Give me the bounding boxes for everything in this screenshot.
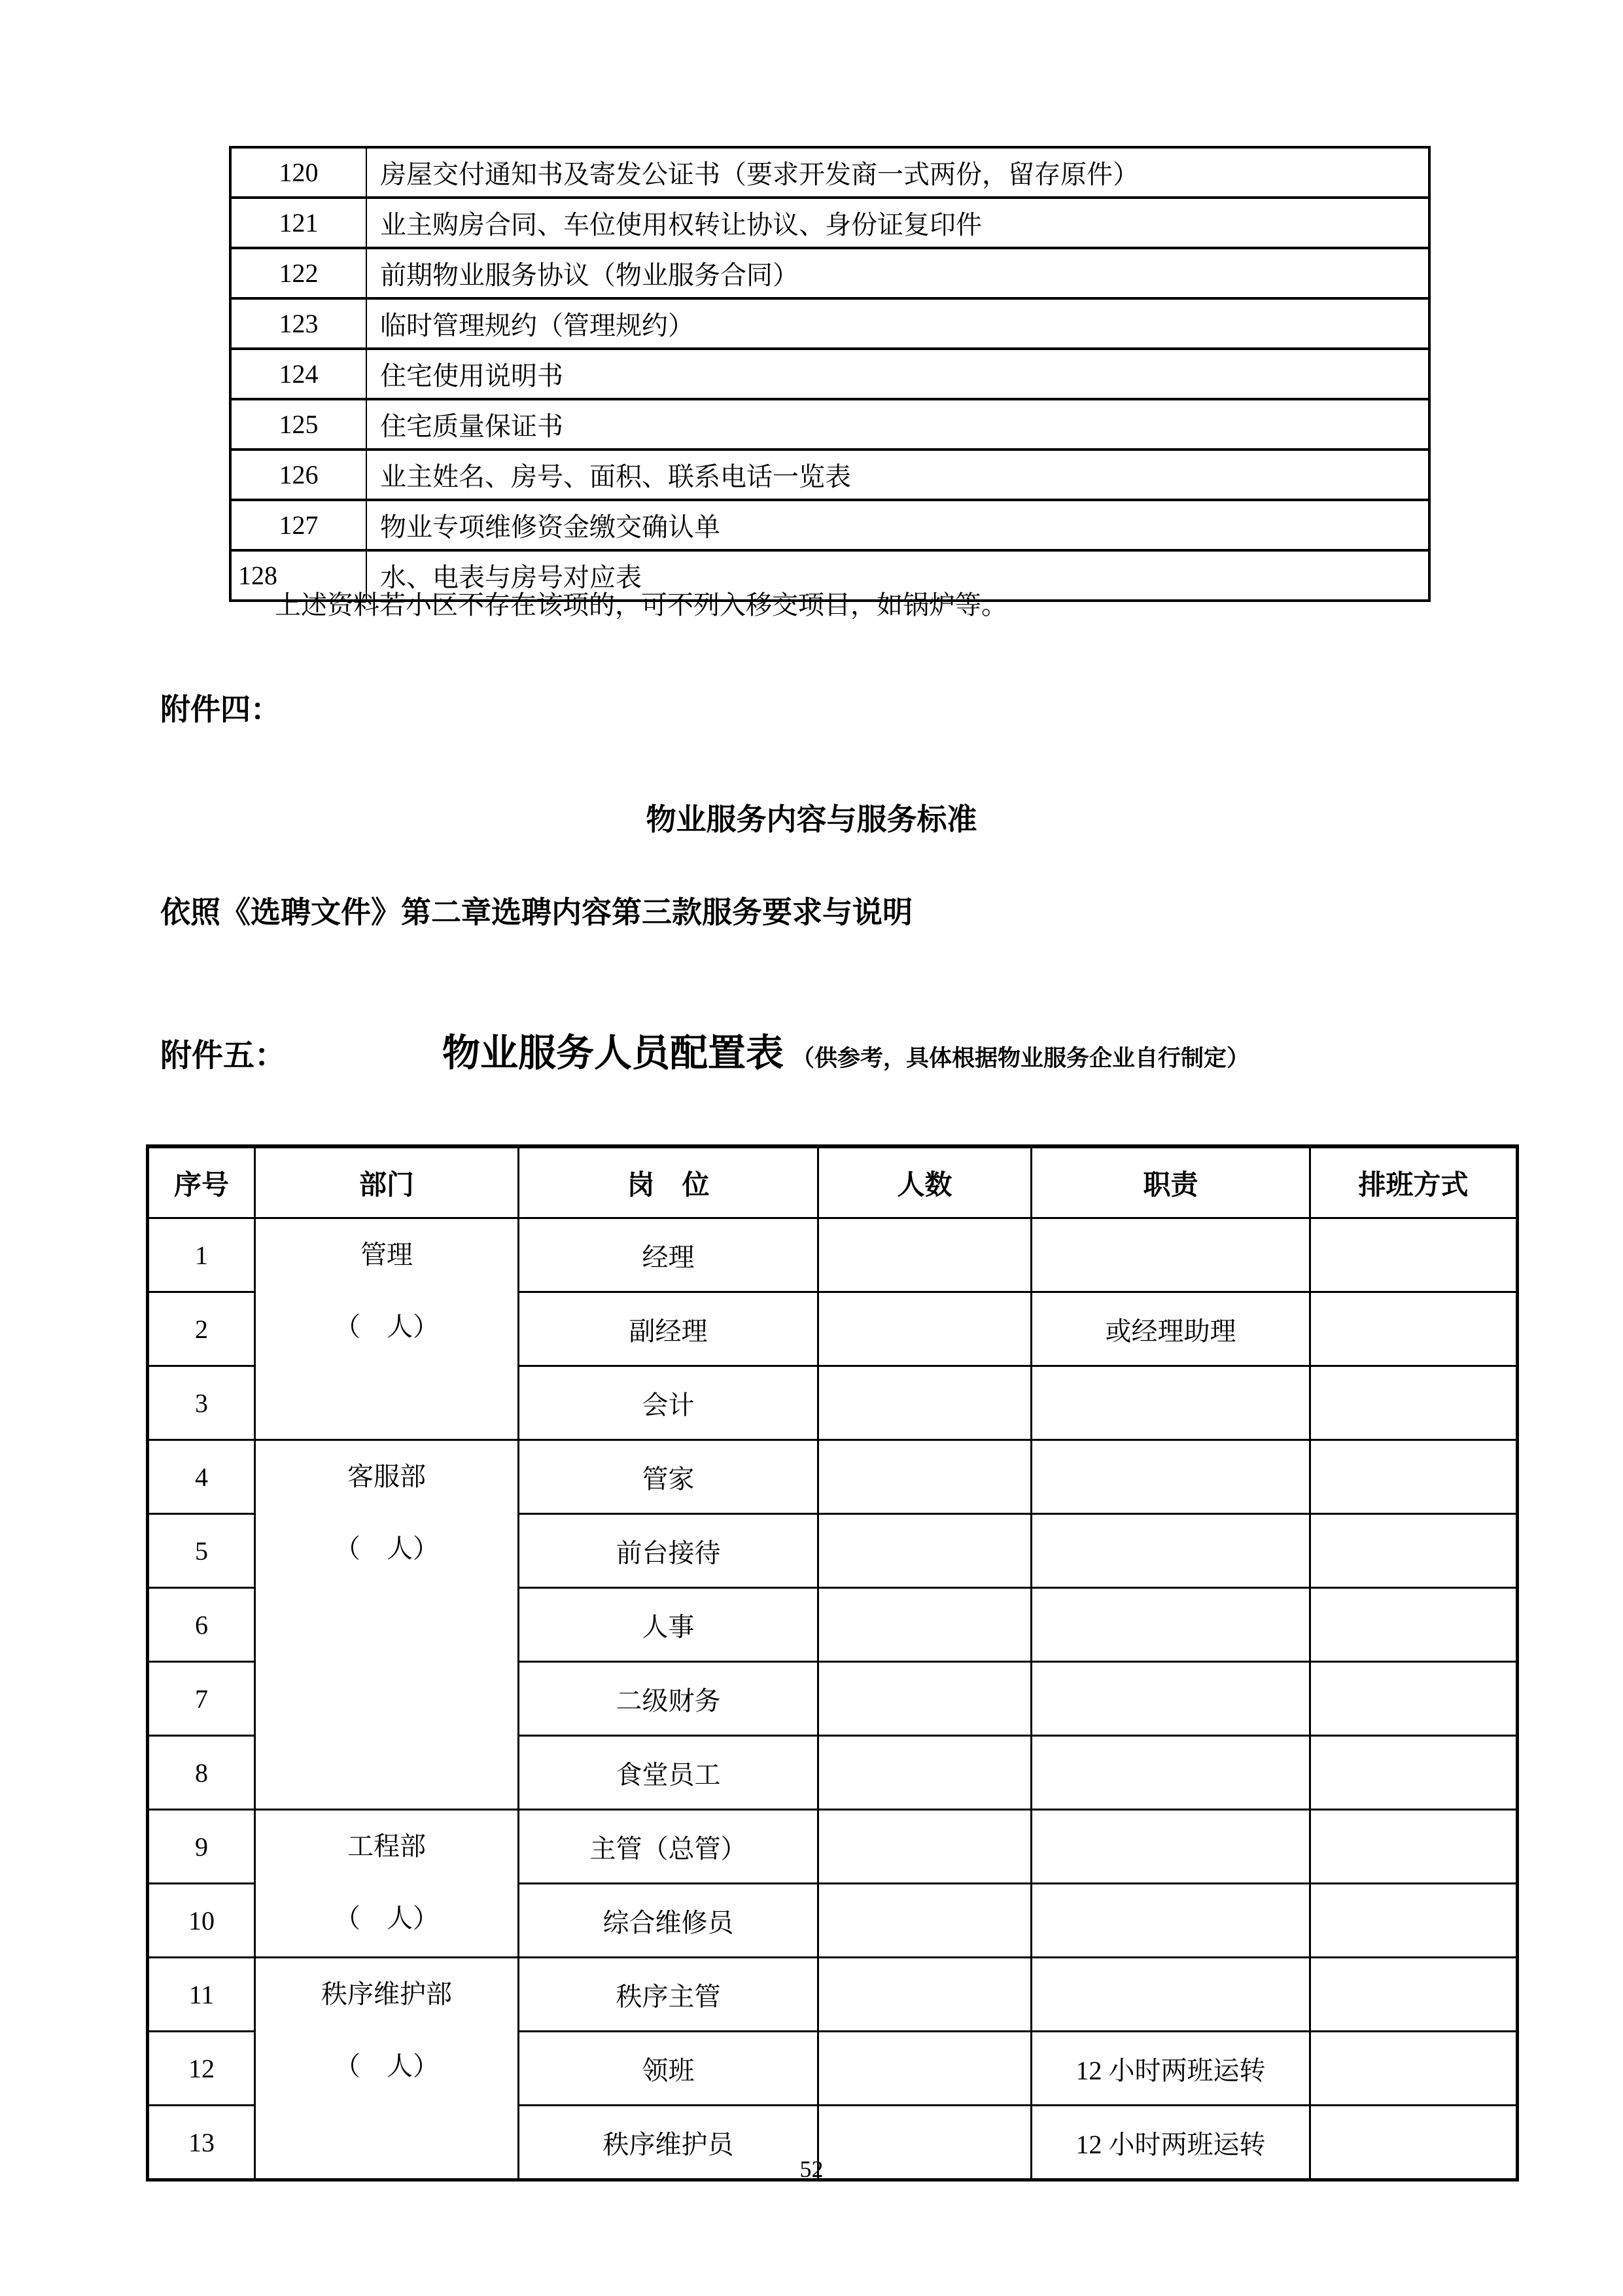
seq-cell: 9 [148, 1810, 255, 1884]
header-seq: 序号 [148, 1146, 255, 1218]
duty-cell [1032, 1366, 1310, 1440]
staffing-table: 序号 部门 岗 位 人数 职责 排班方式 1 管理 （ 人） 经理 [146, 1144, 1519, 2181]
item-number-cell: 121 [230, 198, 366, 248]
staffing-row: 1 管理 （ 人） 经理 [148, 1218, 1518, 1292]
seq-cell: 6 [148, 1588, 255, 1662]
seq-cell: 5 [148, 1514, 255, 1588]
attachment5-label: 附件五： [160, 1038, 286, 1073]
seq-cell: 10 [148, 1884, 255, 1958]
seq-cell: 8 [148, 1736, 255, 1810]
dept-name: 秩序维护部 [256, 1958, 517, 2030]
attachment4-label: 附件四： [160, 686, 281, 729]
table-row: 124 住宅使用说明书 [230, 349, 1429, 399]
count-cell [818, 1366, 1032, 1440]
shift-cell [1310, 1588, 1518, 1662]
item-text-cell: 业主购房合同、车位使用权转让协议、身份证复印件 [366, 198, 1429, 248]
duty-cell [1032, 1958, 1310, 2032]
header-shift: 排班方式 [1310, 1146, 1518, 1218]
header-duty: 职责 [1032, 1146, 1310, 1218]
seq-cell: 7 [148, 1662, 255, 1736]
table-row: 123 临时管理规约（管理规约） [230, 298, 1429, 349]
shift-cell [1310, 1884, 1518, 1958]
duty-cell: 或经理助理 [1032, 1292, 1310, 1366]
shift-cell [1310, 2032, 1518, 2106]
dept-cell: 客服部 （ 人） [255, 1440, 519, 1810]
shift-cell [1310, 1292, 1518, 1366]
seq-cell: 11 [148, 1958, 255, 2032]
attachment4-title: 物业服务内容与服务标准 [0, 796, 1623, 839]
shift-cell [1310, 1810, 1518, 1884]
shift-cell [1310, 1736, 1518, 1810]
shift-cell [1310, 1440, 1518, 1514]
handover-materials-table: 120 房屋交付通知书及寄发公证书（要求开发商一式两份，留存原件） 121 业主… [229, 146, 1431, 602]
count-cell [818, 1884, 1032, 1958]
post-cell: 综合维修员 [519, 1884, 818, 1958]
attachment5-title: 物业服务人员配置表 [442, 1032, 784, 1074]
dept-name: 客服部 [256, 1441, 517, 1513]
staffing-header-row: 序号 部门 岗 位 人数 职责 排班方式 [148, 1146, 1518, 1218]
shift-cell [1310, 1958, 1518, 2032]
header-post: 岗 位 [519, 1146, 818, 1218]
count-cell [818, 1292, 1032, 1366]
table-row: 125 住宅质量保证书 [230, 399, 1429, 450]
count-cell [818, 2032, 1032, 2106]
dept-cell: 工程部 （ 人） [255, 1810, 519, 1958]
duty-cell [1032, 1440, 1310, 1514]
post-cell: 管家 [519, 1440, 818, 1514]
count-cell [818, 1588, 1032, 1662]
item-number-cell: 123 [230, 298, 366, 349]
count-cell [818, 1736, 1032, 1810]
dept-cell: 秩序维护部 （ 人） [255, 1958, 519, 2180]
duty-cell [1032, 1884, 1310, 1958]
seq-cell: 12 [148, 2032, 255, 2106]
shift-cell [1310, 1662, 1518, 1736]
item-number-cell: 122 [230, 248, 366, 298]
document-page: 120 房屋交付通知书及寄发公证书（要求开发商一式两份，留存原件） 121 业主… [0, 0, 1623, 2296]
dept-name: 工程部 [256, 1810, 517, 1882]
post-cell: 经理 [519, 1218, 818, 1292]
table-row: 122 前期物业服务协议（物业服务合同） [230, 248, 1429, 298]
seq-cell: 4 [148, 1440, 255, 1514]
seq-cell: 3 [148, 1366, 255, 1440]
attachment5-subtitle: （供参考，具体根据物业服务企业自行制定） [792, 1046, 1249, 1071]
duty-cell [1032, 1514, 1310, 1588]
item-text-cell: 房屋交付通知书及寄发公证书（要求开发商一式两份，留存原件） [366, 147, 1429, 198]
dept-name: 管理 [256, 1219, 517, 1291]
count-cell [818, 1514, 1032, 1588]
attachment4-body: 依照《选聘文件》第二章选聘内容第三款服务要求与说明 [160, 889, 913, 932]
seq-cell: 1 [148, 1218, 255, 1292]
table-footnote: 上述资料若小区不存在该项的，可不列入移交项目，如锅炉等。 [275, 584, 1007, 622]
attachment5-heading: 附件五：物业服务人员配置表（供参考，具体根据物业服务企业自行制定） [160, 1022, 1249, 1077]
header-dept: 部门 [255, 1146, 519, 1218]
shift-cell [1310, 1514, 1518, 1588]
post-cell: 主管（总管） [519, 1810, 818, 1884]
item-number-cell: 120 [230, 147, 366, 198]
dept-unit: （ 人） [256, 1513, 517, 1585]
post-cell: 人事 [519, 1588, 818, 1662]
post-cell: 领班 [519, 2032, 818, 2106]
count-cell [818, 1662, 1032, 1736]
item-number-cell: 124 [230, 349, 366, 399]
item-text-cell: 住宅使用说明书 [366, 349, 1429, 399]
count-cell [818, 1958, 1032, 2032]
post-cell: 前台接待 [519, 1514, 818, 1588]
item-number-cell: 126 [230, 450, 366, 500]
table-row: 121 业主购房合同、车位使用权转让协议、身份证复印件 [230, 198, 1429, 248]
item-text-cell: 住宅质量保证书 [366, 399, 1429, 450]
dept-unit: （ 人） [256, 2030, 517, 2102]
post-cell: 二级财务 [519, 1662, 818, 1736]
staffing-row: 4 客服部 （ 人） 管家 [148, 1440, 1518, 1514]
duty-cell [1032, 1588, 1310, 1662]
duty-cell [1032, 1736, 1310, 1810]
duty-cell [1032, 1662, 1310, 1736]
item-text-cell: 临时管理规约（管理规约） [366, 298, 1429, 349]
dept-cell: 管理 （ 人） [255, 1218, 519, 1440]
item-number-cell: 127 [230, 500, 366, 550]
duty-cell [1032, 1218, 1310, 1292]
dept-unit: （ 人） [256, 1882, 517, 1954]
item-text-cell: 物业专项维修资金缴交确认单 [366, 500, 1429, 550]
table-row: 120 房屋交付通知书及寄发公证书（要求开发商一式两份，留存原件） [230, 147, 1429, 198]
item-number-cell: 125 [230, 399, 366, 450]
shift-cell [1310, 1218, 1518, 1292]
page-number: 52 [0, 2155, 1623, 2183]
item-text-cell: 前期物业服务协议（物业服务合同） [366, 248, 1429, 298]
header-count: 人数 [818, 1146, 1032, 1218]
dept-unit: （ 人） [256, 1291, 517, 1363]
table-row: 126 业主姓名、房号、面积、联系电话一览表 [230, 450, 1429, 500]
post-cell: 副经理 [519, 1292, 818, 1366]
post-cell: 会计 [519, 1366, 818, 1440]
item-text-cell: 业主姓名、房号、面积、联系电话一览表 [366, 450, 1429, 500]
duty-cell: 12 小时两班运转 [1032, 2032, 1310, 2106]
shift-cell [1310, 1366, 1518, 1440]
table-row: 127 物业专项维修资金缴交确认单 [230, 500, 1429, 550]
count-cell [818, 1218, 1032, 1292]
count-cell [818, 1810, 1032, 1884]
post-cell: 食堂员工 [519, 1736, 818, 1810]
staffing-row: 9 工程部 （ 人） 主管（总管） [148, 1810, 1518, 1884]
count-cell [818, 1440, 1032, 1514]
seq-cell: 2 [148, 1292, 255, 1366]
duty-cell [1032, 1810, 1310, 1884]
post-cell: 秩序主管 [519, 1958, 818, 2032]
staffing-row: 11 秩序维护部 （ 人） 秩序主管 [148, 1958, 1518, 2032]
